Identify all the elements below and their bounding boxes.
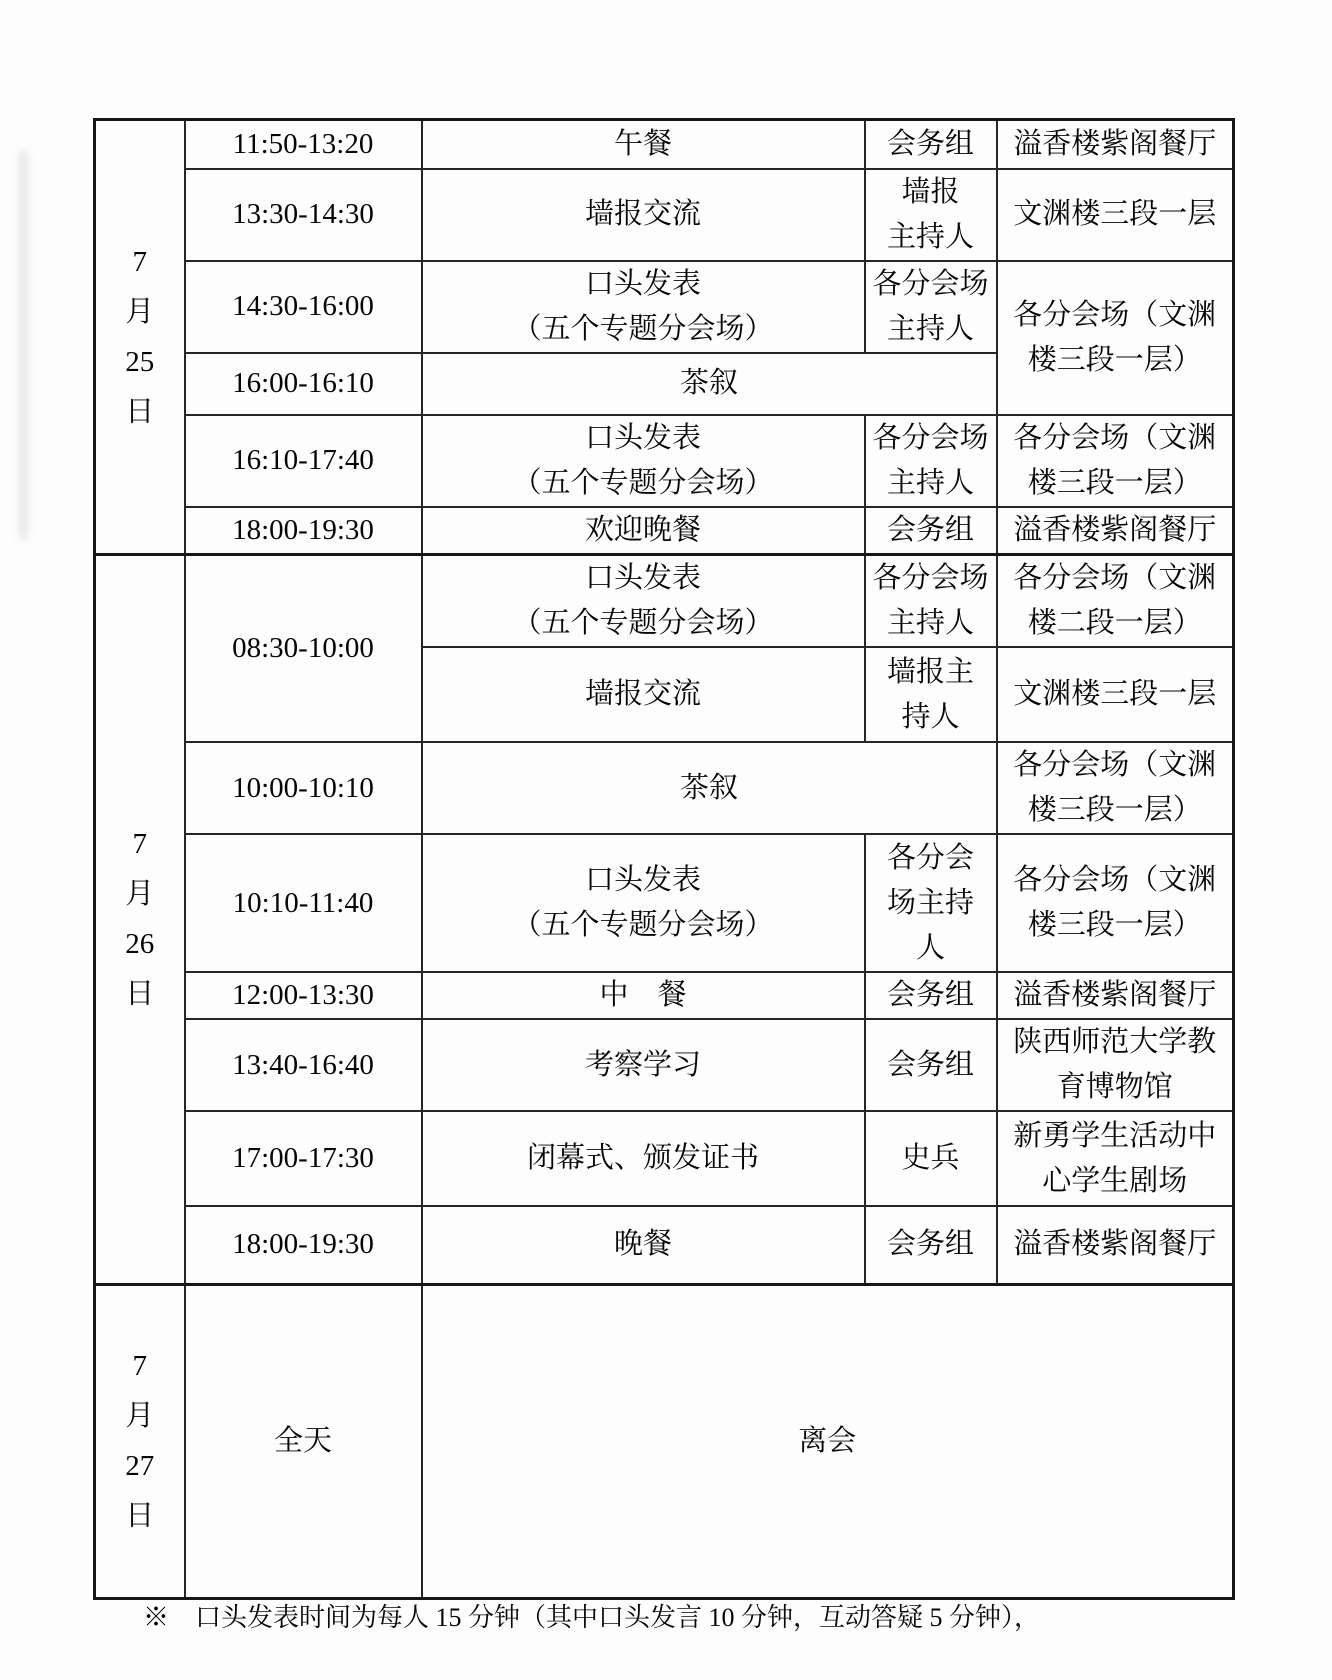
time-cell: 14:30-16:00 bbox=[185, 261, 422, 353]
host-cell: 墙报 主持人 bbox=[865, 169, 997, 261]
date-cell: 7 月 25 日 bbox=[95, 120, 185, 555]
table-row: 7 月 27 日 全天 离会 bbox=[95, 1284, 1234, 1598]
table-row: 12:00-13:30 中 餐 会务组 溢香楼紫阁餐厅 bbox=[95, 972, 1234, 1019]
location-cell: 陕西师范大学教 育博物馆 bbox=[997, 1019, 1234, 1111]
host-cell: 会务组 bbox=[865, 1019, 997, 1111]
table-row: 16:10-17:40 口头发表 （五个专题分会场） 各分会场 主持人 各分会场… bbox=[95, 415, 1234, 507]
location-cell: 各分会场（文渊 楼三段一层） bbox=[997, 834, 1234, 972]
location-cell: 溢香楼紫阁餐厅 bbox=[997, 507, 1234, 555]
host-cell: 史兵 bbox=[865, 1111, 997, 1206]
location-cell: 各分会场（文渊 楼三段一层） bbox=[997, 261, 1234, 415]
host-cell: 各分会场 主持人 bbox=[865, 554, 997, 647]
location-cell: 文渊楼三段一层 bbox=[997, 647, 1234, 742]
host-cell: 会务组 bbox=[865, 1206, 997, 1284]
activity-cell: 茶叙 bbox=[422, 353, 997, 415]
time-cell: 13:30-14:30 bbox=[185, 169, 422, 261]
activity-cell: 口头发表 （五个专题分会场） bbox=[422, 554, 865, 647]
table-row: 7 月 25 日 11:50-13:20 午餐 会务组 溢香楼紫阁餐厅 bbox=[95, 120, 1234, 169]
location-cell: 新勇学生活动中 心学生剧场 bbox=[997, 1111, 1234, 1206]
date-cell: 7 月 26 日 bbox=[95, 554, 185, 1284]
host-cell: 会务组 bbox=[865, 507, 997, 555]
time-cell: 13:40-16:40 bbox=[185, 1019, 422, 1111]
host-cell: 各分会 场主持 人 bbox=[865, 834, 997, 972]
date-cell: 7 月 27 日 bbox=[95, 1284, 185, 1598]
table-row: 7 月 26 日 08:30-10:00 口头发表 （五个专题分会场） 各分会场… bbox=[95, 554, 1234, 647]
time-cell: 10:00-10:10 bbox=[185, 742, 422, 834]
time-cell: 10:10-11:40 bbox=[185, 834, 422, 972]
table-row: 13:30-14:30 墙报交流 墙报 主持人 文渊楼三段一层 bbox=[95, 169, 1234, 261]
activity-cell: 中 餐 bbox=[422, 972, 865, 1019]
table-row: 18:00-19:30 欢迎晚餐 会务组 溢香楼紫阁餐厅 bbox=[95, 507, 1234, 555]
table-row: 10:10-11:40 口头发表 （五个专题分会场） 各分会 场主持 人 各分会… bbox=[95, 834, 1234, 972]
table-row: 17:00-17:30 闭幕式、颁发证书 史兵 新勇学生活动中 心学生剧场 bbox=[95, 1111, 1234, 1206]
time-cell: 16:00-16:10 bbox=[185, 353, 422, 415]
activity-cell: 离会 bbox=[422, 1284, 1234, 1598]
activity-cell: 墙报交流 bbox=[422, 647, 865, 742]
time-cell: 08:30-10:00 bbox=[185, 554, 422, 742]
time-cell: 16:10-17:40 bbox=[185, 415, 422, 507]
location-cell: 溢香楼紫阁餐厅 bbox=[997, 120, 1234, 169]
activity-cell: 口头发表 （五个专题分会场） bbox=[422, 415, 865, 507]
activity-cell: 午餐 bbox=[422, 120, 865, 169]
host-cell: 会务组 bbox=[865, 972, 997, 1019]
activity-cell: 墙报交流 bbox=[422, 169, 865, 261]
footnote: ※ 口头发表时间为每人 15 分钟（其中口头发言 10 分钟，互动答疑 5 分钟… bbox=[143, 1598, 1040, 1638]
activity-cell: 口头发表 （五个专题分会场） bbox=[422, 834, 865, 972]
table-row: 18:00-19:30 晚餐 会务组 溢香楼紫阁餐厅 bbox=[95, 1206, 1234, 1284]
location-cell: 各分会场（文渊 楼三段一层） bbox=[997, 415, 1234, 507]
scan-artifact-shadow bbox=[19, 150, 28, 540]
time-cell: 12:00-13:30 bbox=[185, 972, 422, 1019]
schedule-table: 7 月 25 日 11:50-13:20 午餐 会务组 溢香楼紫阁餐厅 13:3… bbox=[93, 118, 1235, 1600]
location-cell: 文渊楼三段一层 bbox=[997, 169, 1234, 261]
activity-cell: 口头发表 （五个专题分会场） bbox=[422, 261, 865, 353]
time-cell: 17:00-17:30 bbox=[185, 1111, 422, 1206]
time-cell: 18:00-19:30 bbox=[185, 1206, 422, 1284]
host-cell: 各分会场 主持人 bbox=[865, 415, 997, 507]
activity-cell: 茶叙 bbox=[422, 742, 997, 834]
time-cell: 18:00-19:30 bbox=[185, 507, 422, 555]
activity-cell: 晚餐 bbox=[422, 1206, 865, 1284]
host-cell: 各分会场 主持人 bbox=[865, 261, 997, 353]
host-cell: 会务组 bbox=[865, 120, 997, 169]
location-cell: 溢香楼紫阁餐厅 bbox=[997, 972, 1234, 1019]
location-cell: 各分会场（文渊 楼二段一层） bbox=[997, 554, 1234, 647]
page: { "theme": { "background": "#fdfdfd", "i… bbox=[0, 0, 1332, 1680]
location-cell: 溢香楼紫阁餐厅 bbox=[997, 1206, 1234, 1284]
location-cell: 各分会场（文渊 楼三段一层） bbox=[997, 742, 1234, 834]
activity-cell: 欢迎晚餐 bbox=[422, 507, 865, 555]
table-row: 14:30-16:00 口头发表 （五个专题分会场） 各分会场 主持人 各分会场… bbox=[95, 261, 1234, 353]
activity-cell: 闭幕式、颁发证书 bbox=[422, 1111, 865, 1206]
host-cell: 墙报主 持人 bbox=[865, 647, 997, 742]
table-row: 10:00-10:10 茶叙 各分会场（文渊 楼三段一层） bbox=[95, 742, 1234, 834]
table-row: 13:40-16:40 考察学习 会务组 陕西师范大学教 育博物馆 bbox=[95, 1019, 1234, 1111]
time-cell: 11:50-13:20 bbox=[185, 120, 422, 169]
time-cell: 全天 bbox=[185, 1284, 422, 1598]
activity-cell: 考察学习 bbox=[422, 1019, 865, 1111]
